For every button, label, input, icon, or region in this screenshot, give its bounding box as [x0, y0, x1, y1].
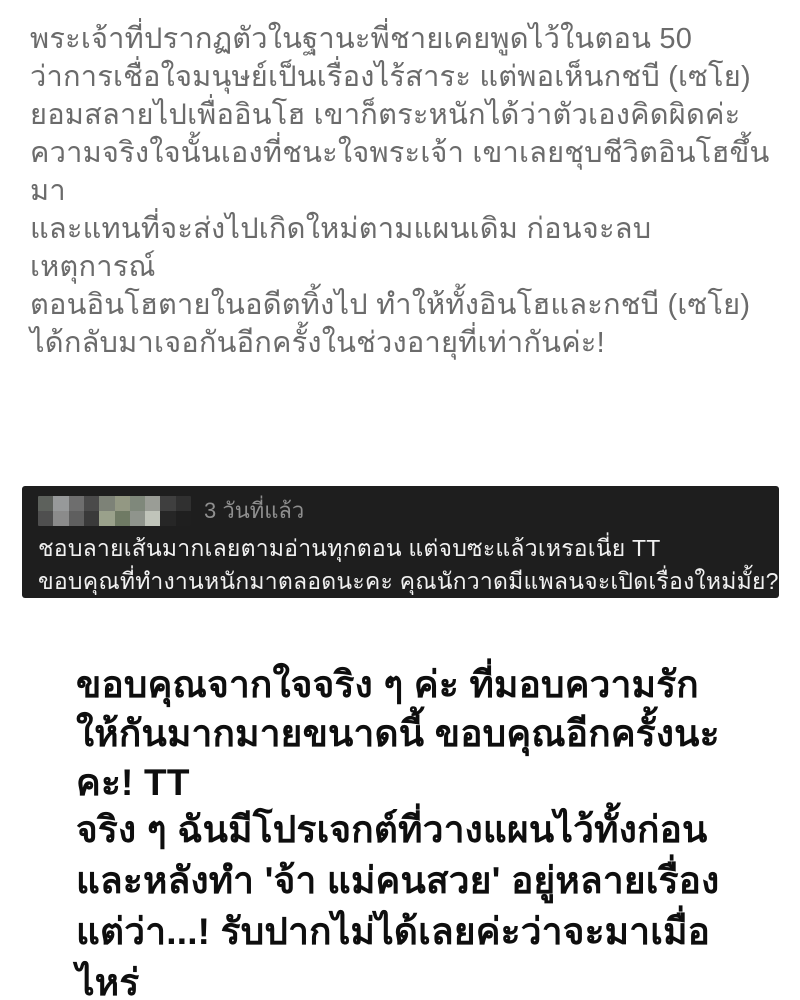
mosaic-block: [130, 496, 145, 511]
mosaic-block: [176, 511, 191, 526]
mosaic-block: [176, 496, 191, 511]
reply-line: ให้กันมากมายขนาดนี้ ขอบคุณอีกครั้งนะคะ! …: [76, 709, 766, 807]
intro-paragraph: พระเจ้าที่ปรากฏตัวในฐานะพี่ชายเคยพูดไว้ใ…: [30, 20, 775, 362]
reply-paragraph-1: ขอบคุณจากใจจริง ๆ ค่ะ ที่มอบความรัก ให้ก…: [76, 660, 766, 807]
intro-line: ว่าการเชื่อใจมนุษย์เป็นเรื่องไร้สาระ แต่…: [30, 58, 775, 96]
comment-text-line: ขอบคุณที่ทำงานหนักมาตลอดนะคะ คุณนักวาดมี…: [38, 565, 763, 598]
mosaic-block: [53, 496, 68, 511]
comment-text-line: ชอบลายเส้นมากเลยตามอ่านทุกตอน แต่จบซะแล้…: [38, 532, 763, 565]
reply-paragraph-2: จริง ๆ ฉันมีโปรเจกต์ที่วางแผนไว้ทั้งก่อน…: [76, 804, 766, 1000]
mosaic-block: [99, 496, 114, 511]
reply-line: และหลังทำ 'จ้า แม่คนสวย' อยู่หลายเรื่อง: [76, 855, 766, 906]
intro-line: และแทนที่จะส่งไปเกิดใหม่ตามแผนเดิม ก่อนจ…: [30, 210, 775, 286]
intro-line: ได้กลับมาเจอกันอีกครั้งในช่วงอายุที่เท่า…: [30, 324, 775, 362]
mosaic-block: [38, 511, 53, 526]
page: พระเจ้าที่ปรากฏตัวในฐานะพี่ชายเคยพูดไว้ใ…: [0, 0, 800, 1000]
comment-header: 3 วันที่แล้ว: [38, 495, 763, 526]
censored-username-mosaic: [38, 496, 191, 526]
mosaic-block: [38, 496, 53, 511]
intro-line: พระเจ้าที่ปรากฏตัวในฐานะพี่ชายเคยพูดไว้ใ…: [30, 20, 775, 58]
mosaic-block: [53, 511, 68, 526]
reply-line: แต่ว่า...! รับปากไม่ได้เลยค่ะว่าจะมาเมื่…: [76, 906, 766, 1000]
intro-line: ตอนอินโฮตายในอดีตทิ้งไป ทำให้ทั้งอินโฮแล…: [30, 286, 775, 324]
mosaic-block: [84, 511, 99, 526]
mosaic-block: [160, 511, 175, 526]
mosaic-block: [84, 496, 99, 511]
reply-line: จริง ๆ ฉันมีโปรเจกต์ที่วางแผนไว้ทั้งก่อน: [76, 804, 766, 855]
intro-line: ความจริงใจนั้นเองที่ชนะใจพระเจ้า เขาเลยช…: [30, 134, 775, 210]
mosaic-block: [115, 511, 130, 526]
mosaic-block: [130, 511, 145, 526]
mosaic-block: [69, 511, 84, 526]
mosaic-block: [160, 496, 175, 511]
comment-timestamp: 3 วันที่แล้ว: [204, 493, 304, 528]
mosaic-block: [99, 511, 114, 526]
comment-card: 3 วันที่แล้ว ชอบลายเส้นมากเลยตามอ่านทุกต…: [22, 486, 779, 598]
mosaic-block: [69, 496, 84, 511]
reply-line: ขอบคุณจากใจจริง ๆ ค่ะ ที่มอบความรัก: [76, 660, 766, 709]
mosaic-block: [115, 496, 130, 511]
mosaic-block: [145, 496, 160, 511]
mosaic-block: [145, 511, 160, 526]
comment-text: ชอบลายเส้นมากเลยตามอ่านทุกตอน แต่จบซะแล้…: [38, 532, 763, 598]
intro-line: ยอมสลายไปเพื่ออินโฮ เขาก็ตระหนักได้ว่าตั…: [30, 96, 775, 134]
